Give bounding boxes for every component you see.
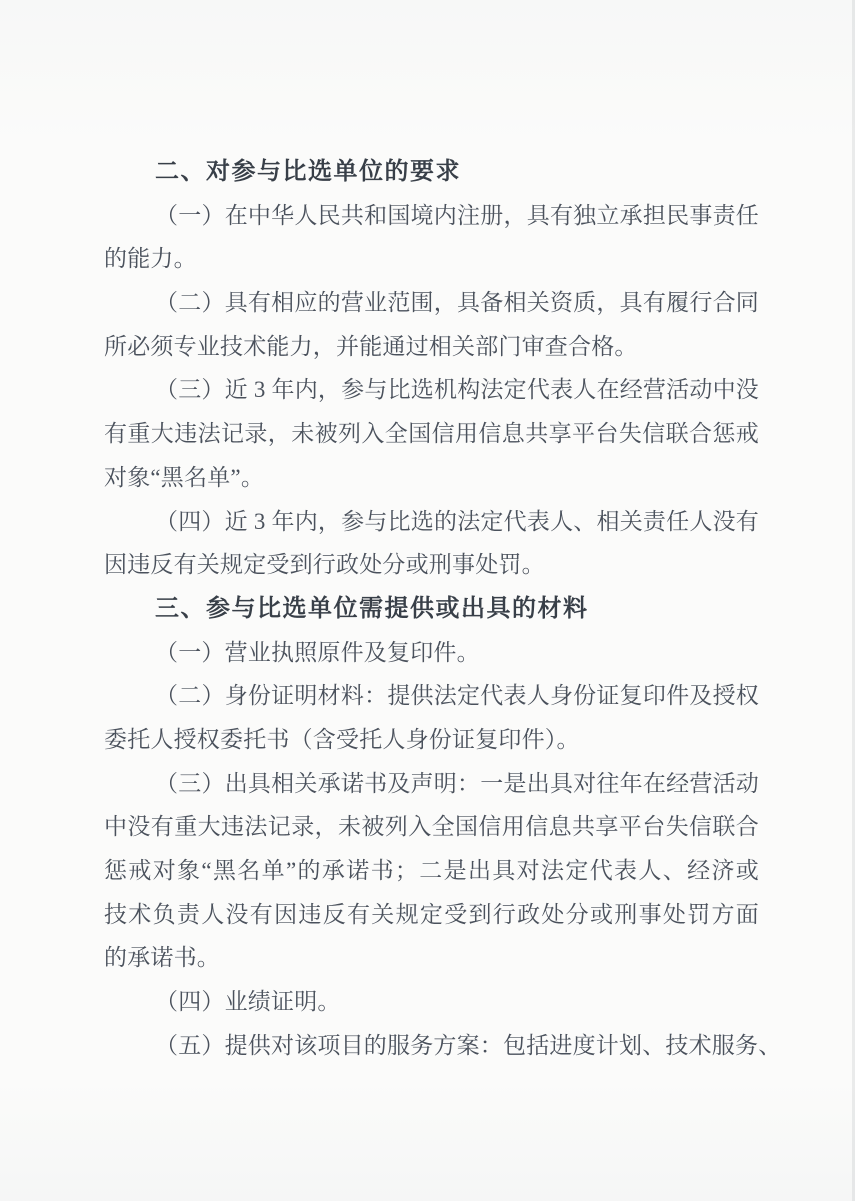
item-3-2-line-2: 委托人授权委托书（含受托人身份证复印件）。 [104, 718, 759, 762]
item-3-3-line-4: 技术负责人没有因违反有关规定受到行政处分或刑事处罚方面 [104, 893, 759, 937]
item-3-3-line-3: 惩戒对象“黑名单”的承诺书；二是出具对法定代表人、经济或 [104, 849, 759, 893]
item-2-4-line-2: 因违反有关规定受到行政处分或刑事处罚。 [104, 543, 759, 587]
item-3-5-line-1: （五）提供对该项目的服务方案：包括进度计划、技术服务、 [104, 1024, 759, 1068]
document-text-block: 二、对参与比选单位的要求 （一）在中华人民共和国境内注册，具有独立承担民事责任 … [104, 150, 759, 1067]
item-3-4-line-1: （四）业绩证明。 [104, 980, 759, 1024]
item-2-2-line-1: （二）具有相应的营业范围，具备相关资质，具有履行合同 [104, 281, 759, 325]
item-2-4-line-1: （四）近 3 年内，参与比选的法定代表人、相关责任人没有 [104, 500, 759, 544]
section-heading-2: 二、对参与比选单位的要求 [104, 150, 759, 194]
item-3-1-line-1: （一）营业执照原件及复印件。 [104, 631, 759, 675]
item-2-1-line-1: （一）在中华人民共和国境内注册，具有独立承担民事责任 [104, 194, 759, 238]
item-3-3-line-2: 中没有重大违法记录，未被列入全国信用信息共享平台失信联合 [104, 805, 759, 849]
item-2-2-line-2: 所必须专业技术能力，并能通过相关部门审查合格。 [104, 325, 759, 369]
item-3-3-line-5: 的承诺书。 [104, 936, 759, 980]
item-3-2-line-1: （二）身份证明材料：提供法定代表人身份证复印件及授权 [104, 674, 759, 718]
document-page: 二、对参与比选单位的要求 （一）在中华人民共和国境内注册，具有独立承担民事责任 … [0, 0, 855, 1201]
item-2-3-line-1: （三）近 3 年内，参与比选机构法定代表人在经营活动中没 [104, 368, 759, 412]
item-3-3-line-1: （三）出具相关承诺书及声明：一是出具对往年在经营活动 [104, 762, 759, 806]
item-2-1-line-2: 的能力。 [104, 237, 759, 281]
item-2-3-line-2: 有重大违法记录，未被列入全国信用信息共享平台失信联合惩戒 [104, 412, 759, 456]
item-2-3-line-3: 对象“黑名单”。 [104, 456, 759, 500]
section-heading-3: 三、参与比选单位需提供或出具的材料 [104, 587, 759, 631]
